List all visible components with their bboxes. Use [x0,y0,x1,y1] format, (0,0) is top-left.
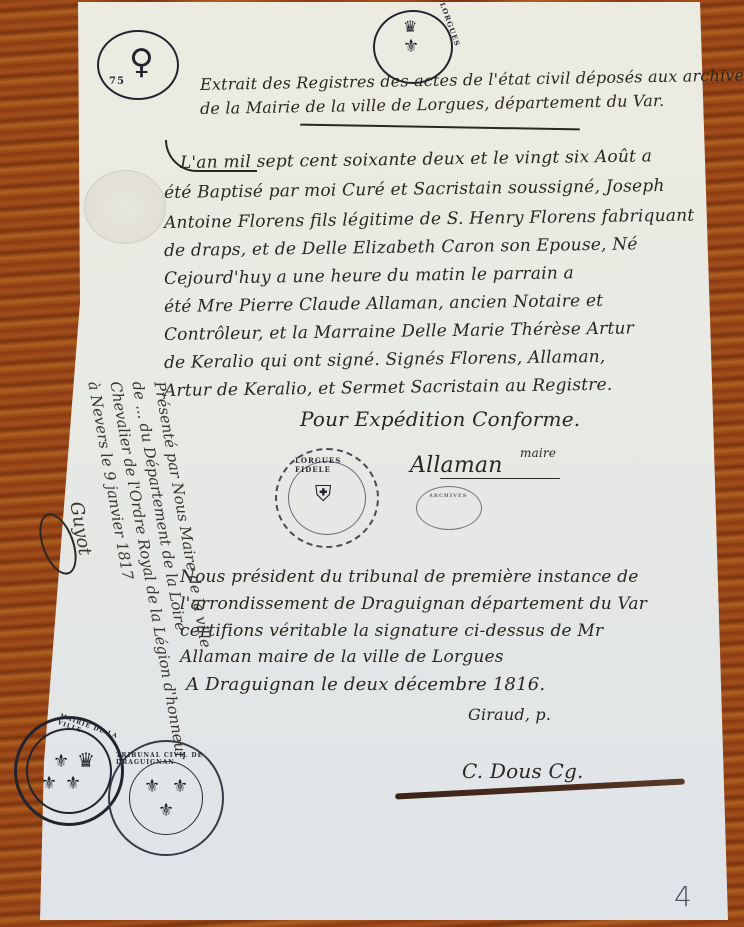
stamp-mairie: ♛ ⚜ ⚜ ⚜ MAIRIE DE LA VILLE [14,716,124,826]
legalization-line-4: Allaman maire de la ville de Lorgues [180,646,504,668]
stamp-draguignan: ⚜ ⚜ ⚜ TRIBUNAL CIVIL DE DRAGUIGNAN [108,740,224,856]
fleur-de-lis-icon: ⚜ [172,778,188,796]
certification: Pour Expédition Conforme. [300,408,580,430]
embossed-seal [84,170,166,244]
legalization-line-1: Nous président du tribunal de première i… [180,566,639,588]
stamp-lorgues-fidele: ⛨ LORGUES FIDELE [275,448,379,548]
crown-icon: ♛ [77,751,95,769]
fleur-de-lis-icon: ⚜ [41,775,57,793]
signature-giraud: Giraud, p. [468,704,551,726]
fleur-de-lis-icon: ⚜ [158,802,174,820]
mayor-signature: Allaman [410,455,503,477]
legalization-line-2: l'arrondissement de Draguignan départeme… [180,593,647,615]
coat-of-arms-icon: ⛨ [315,486,332,504]
stamp-allegory: ♀ 75 [97,30,179,100]
stamp-archives-text: ARCHIVES [429,493,467,499]
fleur-de-lis-icon: ⚜ [53,753,69,771]
fleur-de-lis-icon: ⚜ [403,38,419,56]
signature-dous: C. Dous Cg. [462,760,584,782]
legalization-date: A Draguignan le deux décembre 1816. [186,674,545,696]
crown-icon: ♛ [403,18,417,36]
legalization-line-3: certifions véritable la signature ci-des… [180,620,603,642]
fleur-de-lis-icon: ⚜ [65,775,81,793]
stamp-archives: ARCHIVES [416,486,482,530]
mayor-title: maire [520,442,556,464]
allegorical-figure-icon: ♀ [129,42,154,82]
stamp-lorgues-fidele-text: LORGUES FIDELE [295,456,377,474]
page-number: 4 [674,880,692,913]
stamp-allegory-text: 75 [109,76,125,87]
mayor-signature-underline [440,478,560,479]
fleur-de-lis-icon: ⚜ [144,778,160,796]
stamp-draguignan-text: TRIBUNAL CIVIL DE DRAGUIGNAN [116,752,222,766]
